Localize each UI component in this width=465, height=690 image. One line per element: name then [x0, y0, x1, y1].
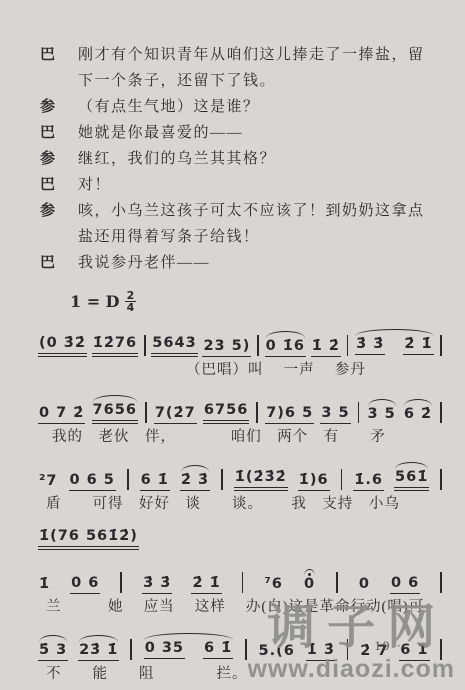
speaker-label: 参: [40, 198, 78, 250]
note-token: 0 1̇6: [265, 338, 306, 357]
note-token: (0 3̇2̇: [38, 335, 87, 357]
note-token: 1̇(2̇3̇2̇: [234, 469, 288, 491]
notes-row: 0 7 2̇76567(2̇767567)6 53 53 56 2̇: [38, 396, 443, 424]
barline: [256, 402, 258, 423]
notes-row: (0 3̇2̇1̇2̇76564323 5)0 1̇61̇ 2̇3̇ 3̇2̇ …: [38, 329, 443, 357]
note-token: 3̇ 3̇: [142, 575, 172, 594]
note-token: 7)6 5: [265, 405, 314, 424]
key-signature-text: 1 = D: [70, 292, 120, 311]
note-token: 6 1̇: [203, 640, 233, 659]
barline: [145, 402, 147, 423]
dialogue-text: 刚才有个知识青年从咱们这儿捧走了一捧盐，留下一个条子，还留下了钱。: [78, 42, 439, 94]
note-token: 1̇: [38, 576, 51, 594]
barline: [440, 402, 442, 423]
note-token: 2̇ 1̇: [403, 336, 433, 355]
barline: [440, 335, 442, 356]
note-token: 2̇ 3̇: [180, 472, 210, 491]
note-token: 1̇ 2̇: [311, 338, 341, 357]
barline: [358, 402, 360, 423]
note-token: 5̇ 3: [38, 642, 68, 661]
note-token: 23 5): [202, 338, 251, 357]
note-token: 1̇.6: [353, 472, 384, 491]
note-token: 0 6 5: [69, 472, 116, 491]
barline: [242, 572, 244, 593]
note-token: 1̇2̇76: [92, 335, 138, 357]
note-slur-group: 3̇ 3̇2̇ 1̇: [354, 336, 434, 357]
note-token: 2̇ 1̇: [191, 575, 221, 594]
note-token: ⁷6: [263, 576, 283, 594]
note-token: 23̇ 1̇: [78, 642, 119, 661]
speaker-label: 巴: [40, 120, 78, 146]
speaker-label: 巴: [40, 42, 78, 94]
note-token: 561̇: [394, 469, 429, 491]
key-signature: 1 = D 2 4: [70, 290, 465, 313]
barline: [127, 469, 129, 490]
dialogue-text: 我说参丹老伴——: [78, 250, 439, 276]
barline: [120, 572, 122, 593]
lyric-row: （巴唱）叫 一声 参丹: [38, 360, 443, 380]
dialogue-section: 巴刚才有个知识青年从咱们这儿捧走了一捧盐，留下一个条子，还留下了钱。参（有点生气…: [0, 0, 465, 276]
note-token: 5643: [151, 335, 197, 357]
speaker-label: 参: [40, 94, 78, 120]
meter-fraction: 2 4: [125, 290, 137, 313]
speaker-label: 参: [40, 146, 78, 172]
speaker-label: 巴: [40, 250, 78, 276]
note-token: 6 1̇: [140, 472, 170, 491]
watermark-url: www.diaozi.com: [247, 654, 455, 684]
scanned-script-page: 巴刚才有个知识青年从咱们这儿捧走了一捧盐，留下一个条子，还留下了钱。参（有点生气…: [0, 0, 465, 690]
note-token: ²7: [38, 473, 58, 491]
dialogue-row: 参继红，我们的乌兰其其格？: [40, 146, 439, 172]
barline: [347, 335, 349, 356]
note-token: 0: [303, 576, 316, 594]
lyric-row: 我的 老伙 伴， 咱们 两个 有 矛: [38, 427, 443, 447]
note-token: 6756: [203, 402, 249, 424]
score-insert-row: 1̇(76 561̇2̇): [38, 526, 443, 550]
barline: [336, 572, 338, 593]
barline: [130, 639, 132, 660]
dialogue-row: 巴我说参丹老伴——: [40, 250, 439, 276]
notes-row: 1̇0 63̇ 3̇2̇ 1̇⁷6000 6: [38, 566, 443, 594]
dialogue-row: 巴对！: [40, 172, 439, 198]
note-token: 3 5: [320, 405, 350, 424]
barline: [257, 335, 259, 356]
note-token: 7(2̇7: [154, 405, 197, 424]
note-token: 0 35: [144, 640, 185, 659]
dialogue-row: 参咳，小乌兰这孩子可太不应该了！到奶奶这拿点盐还用得着写条子给钱！: [40, 198, 439, 250]
note-token: 3 5: [367, 406, 397, 424]
watermark-title: 调子网: [247, 602, 455, 654]
note-token: 0 7 2̇: [38, 405, 85, 424]
barline: [440, 469, 442, 490]
speaker-label: 巴: [40, 172, 78, 198]
note-slur-group: 0 356 1̇: [143, 640, 235, 661]
dialogue-text: （有点生气地）这是谁？: [78, 94, 439, 120]
note-token: 0 6: [390, 575, 420, 594]
note-token: 1̇)6: [298, 472, 330, 491]
barline: [341, 469, 343, 490]
dialogue-row: 参（有点生气地）这是谁？: [40, 94, 439, 120]
dialogue-text: 继红，我们的乌兰其其格？: [78, 146, 439, 172]
note-token: 0: [358, 576, 371, 594]
barline: [440, 572, 442, 593]
barline: [221, 469, 223, 490]
watermark: 调子网 www.diaozi.com: [247, 602, 455, 684]
dialogue-row: 巴她就是你最喜爱的——: [40, 120, 439, 146]
dialogue-text: 咳，小乌兰这孩子可太不应该了！到奶奶这拿点盐还用得着写条子给钱！: [78, 198, 439, 250]
note-token: 6 2̇: [403, 406, 433, 424]
lyric-row: 盾 可得 好好 谈 谈。 我 支持 小乌: [38, 494, 443, 514]
note-token: 7656: [92, 402, 138, 424]
notes-row: ²70 6 56 1̇2̇ 3̇1̇(2̇3̇2̇1̇)61̇.6561̇: [38, 463, 443, 491]
meter-denominator: 4: [125, 302, 137, 313]
barline: [144, 335, 146, 356]
note-token: 3̇ 3̇: [355, 336, 385, 355]
dialogue-row: 巴刚才有个知识青年从咱们这儿捧走了一捧盐，留下一个条子，还留下了钱。: [40, 42, 439, 94]
note-token: 1̇(76 561̇2̇): [38, 528, 139, 550]
note-token: 0 6: [70, 575, 100, 594]
dialogue-text: 对！: [78, 172, 439, 198]
dialogue-text: 她就是你最喜爱的——: [78, 120, 439, 146]
